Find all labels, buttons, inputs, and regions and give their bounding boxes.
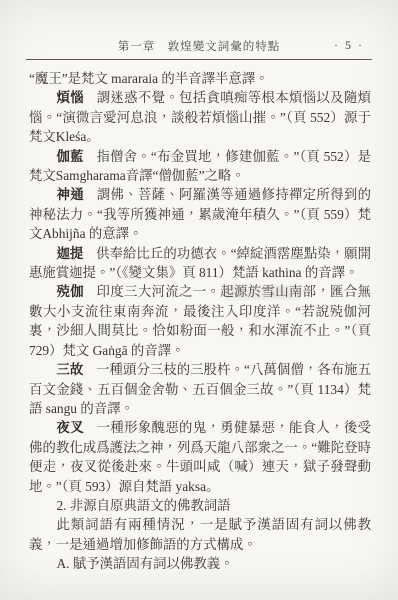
paragraph: 神通謂佛、菩薩、阿羅漢等通過修持禪定所得到的神秘法力。“我等所獲神通，累歲淹年積… — [29, 185, 371, 243]
paragraph-text: 2. 非源自原典語文的佛教詞語 — [56, 498, 230, 513]
entry-headword: 迦提 — [56, 246, 83, 261]
entry-headword: 神通 — [56, 187, 83, 202]
page-number: · 5 · — [334, 38, 364, 53]
entry-headword: 煩惱 — [56, 90, 83, 105]
page-body: “魔王”是梵文 mararaia 的半音譯半意譯。 煩惱謂迷惑不覺。包括貪嗔痴等… — [0, 60, 398, 574]
paragraph: “魔王”是梵文 mararaia 的半音譯半意譯。 — [29, 69, 371, 88]
paragraph: A. 賦予漢語固有詞以佛教義。 — [29, 554, 371, 573]
paragraph: 夜叉一種形象醜惡的鬼，勇健暴惡，能食人，後受佛的教化成爲護法之神，列爲天龍八部衆… — [29, 418, 371, 496]
paragraph: 伽藍指僧舍。“布金買地，修建伽藍。”（頁 552）是梵文Samgharama音譯… — [29, 147, 371, 186]
paragraph-text: “魔王”是梵文 mararaia 的半音譯半意譯。 — [29, 71, 269, 86]
paragraph: 三故一種頭分三枝的三股杵。“八萬個僧，各布施五百文金錢、五百個金舍勒、五百個金三… — [29, 360, 371, 418]
page-header: 第一章 敦煌變文詞彙的特點 · 5 · — [0, 0, 398, 54]
entry-headword: 伽藍 — [56, 149, 83, 164]
paragraph: 殑伽印度三大河流之一。起源於雪山南部，匯合無數大小支流往東南奔流，最後注入印度洋… — [29, 282, 371, 360]
paragraph: 迦提供奉給比丘的功德衣。“綽綻酒霑塵點染，願開惠施賞迦提。”（《變文集》頁 81… — [29, 244, 371, 283]
paragraph: 2. 非源自原典語文的佛教詞語 — [29, 496, 371, 515]
paragraph: 此類詞語有兩種情況，一是賦予漢語固有詞以佛教義，一是通過增加修飾語的方式構成。 — [29, 515, 371, 554]
entry-headword: 三故 — [56, 362, 83, 377]
paragraph: 煩惱謂迷惑不覺。包括貪嗔痴等根本煩惱以及隨煩惱。“演微言愛河息浪，談般若煩惱山摧… — [29, 88, 371, 146]
paragraph-text: A. 賦予漢語固有詞以佛教義。 — [56, 556, 233, 571]
paragraph-text: 此類詞語有兩種情況，一是賦予漢語固有詞以佛教義，一是通過增加修飾語的方式構成。 — [29, 517, 371, 551]
entry-headword: 夜叉 — [56, 420, 83, 435]
book-page: 第一章 敦煌變文詞彙的特點 · 5 · “魔王”是梵文 mararaia 的半音… — [0, 0, 398, 600]
entry-headword: 殑伽 — [56, 284, 83, 299]
